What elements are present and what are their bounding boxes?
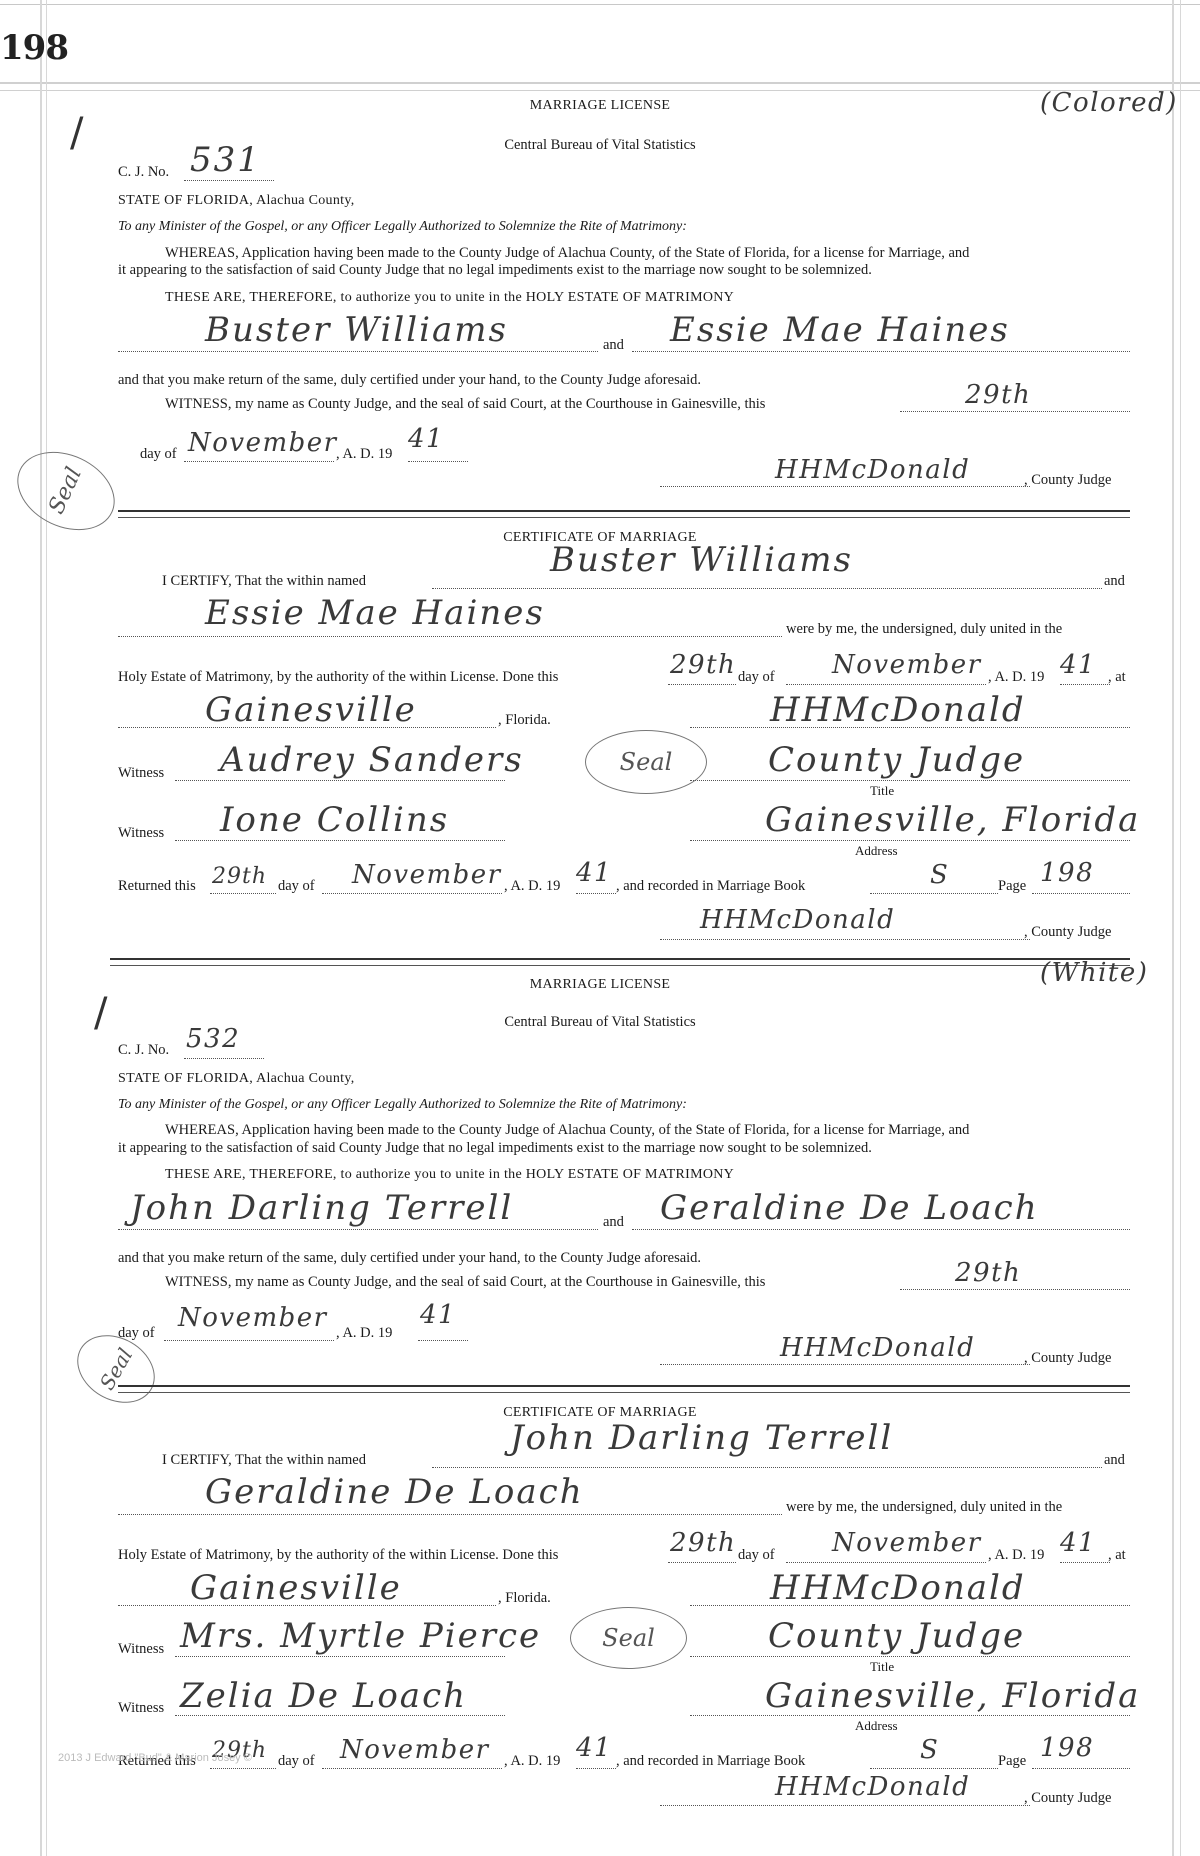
cert-year-line	[1060, 1562, 1110, 1563]
witness-1-label: Witness	[118, 1641, 164, 1658]
returned-month-line	[322, 1768, 502, 1769]
section-divider	[118, 1385, 1130, 1393]
page-line	[1032, 1768, 1130, 1769]
cj-number: 532	[186, 1024, 240, 1054]
witness-2-name: Zelia De Loach	[180, 1676, 467, 1716]
bride-line	[632, 1229, 1130, 1230]
returned-day-of: day of	[278, 1753, 315, 1770]
bureau-line: Central Bureau of Vital Statistics	[0, 137, 1200, 154]
returned-day: 29th	[212, 864, 267, 889]
returned-year-line	[576, 893, 616, 894]
cert-judge-title: , County Judge	[1024, 1790, 1111, 1807]
margin-rule-right	[1172, 0, 1174, 1856]
book-value: S	[920, 1735, 939, 1765]
cert-day-line	[668, 1562, 736, 1563]
cert-at-label: , at	[1108, 1547, 1126, 1564]
recorded-label: , and recorded in Marriage Book	[616, 878, 805, 895]
officiant-signature: HHMcDonald	[770, 1568, 1026, 1608]
judge-signature-line	[660, 1364, 1030, 1365]
cert-year: 41	[1060, 1528, 1096, 1558]
cj-number: 531	[190, 140, 261, 180]
license-year: 41	[408, 424, 444, 454]
returned-ad: , A. D. 19	[504, 1753, 560, 1770]
cert-judge-signature: HHMcDonald	[700, 905, 895, 935]
therefore-line: THESE ARE, THEREFORE, to authorize you t…	[165, 1167, 734, 1183]
title-label: Title	[870, 783, 894, 799]
judge-signature: HHMcDonald	[780, 1333, 975, 1363]
page-label: Page	[998, 1753, 1026, 1770]
returned-month-line	[322, 893, 502, 894]
address-value: Gainesville, Florida	[765, 800, 1140, 840]
cj-line	[184, 180, 274, 181]
judge-signature: HHMcDonald	[775, 455, 970, 485]
address-line: To any Minister of the Gospel, or any Of…	[118, 1097, 687, 1113]
bride-name: Geraldine De Loach	[660, 1188, 1039, 1228]
copyright-watermark: 2013 J Edward "Bud" & Marion Josey ©	[58, 1752, 252, 1764]
cert-place: Gainesville	[205, 690, 417, 730]
and-label: and	[603, 1214, 624, 1231]
united-label: were by me, the undersigned, duly united…	[786, 621, 1062, 638]
witness-2-name: Ione Collins	[220, 800, 449, 840]
cert-judge-line	[660, 939, 1030, 940]
cert-bride-name: Geraldine De Loach	[205, 1472, 584, 1512]
united-label: were by me, the undersigned, duly united…	[786, 1499, 1062, 1516]
florida-label: , Florida.	[498, 1590, 551, 1607]
page-value: 198	[1040, 858, 1094, 888]
certificate-seal: Seal	[585, 730, 707, 794]
address-value: Gainesville, Florida	[765, 1676, 1140, 1716]
return-line: and that you make return of the same, du…	[118, 1250, 701, 1267]
state-line: STATE OF FLORIDA, Alachua County,	[118, 193, 355, 209]
cert-groom-name: Buster Williams	[550, 540, 853, 580]
license-title: MARRIAGE LICENSE	[0, 977, 1200, 993]
returned-year-line	[576, 1768, 616, 1769]
cert-month: November	[832, 1528, 982, 1558]
whereas-line-2: it appearing to the satisfaction of said…	[118, 1140, 872, 1157]
ledger-page: 198 / MARRIAGE LICENSE (Colored) Central…	[0, 0, 1200, 1856]
cert-bride-line	[118, 1514, 782, 1515]
returned-ad: , A. D. 19	[504, 878, 560, 895]
cj-label: C. J. No.	[118, 1042, 169, 1059]
license-day: 29th	[965, 380, 1031, 410]
address-label: Address	[855, 843, 898, 859]
judge-title: , County Judge	[1024, 1350, 1111, 1367]
cert-month: November	[832, 650, 982, 680]
cert-day: 29th	[670, 650, 736, 680]
license-month: November	[178, 1303, 328, 1333]
returned-year: 41	[576, 858, 612, 888]
groom-line	[118, 351, 598, 352]
cert-groom-line	[432, 588, 1102, 589]
groom-line	[118, 1229, 598, 1230]
book-value: S	[930, 860, 949, 890]
day-line	[900, 411, 1130, 412]
race-note: (White)	[1040, 958, 1148, 988]
therefore-line: THESE ARE, THEREFORE, to authorize you t…	[165, 290, 734, 306]
returned-month: November	[352, 860, 502, 890]
returned-year: 41	[576, 1733, 612, 1763]
cert-and-label: and	[1104, 573, 1125, 590]
day-line	[900, 1289, 1130, 1290]
bride-line	[632, 351, 1130, 352]
day-of-label: day of	[140, 446, 177, 463]
cert-place: Gainesville	[190, 1568, 402, 1608]
state-line: STATE OF FLORIDA, Alachua County,	[118, 1071, 355, 1087]
margin-rule-left-2	[46, 0, 47, 1856]
ad-label: , A. D. 19	[336, 1325, 392, 1342]
holy-label: Holy Estate of Matrimony, by the authori…	[118, 669, 558, 686]
bureau-line: Central Bureau of Vital Statistics	[0, 1014, 1200, 1031]
witness-2-label: Witness	[118, 1700, 164, 1717]
officiant-signature: HHMcDonald	[770, 690, 1026, 730]
license-title: MARRIAGE LICENSE	[0, 98, 1200, 114]
license-year: 41	[420, 1300, 456, 1330]
certify-label: I CERTIFY, That the within named	[162, 573, 366, 590]
cert-year-line	[1060, 684, 1110, 685]
witness-1-name: Audrey Sanders	[220, 740, 524, 780]
certify-label: I CERTIFY, That the within named	[162, 1452, 366, 1469]
bride-name: Essie Mae Haines	[670, 310, 1010, 350]
record-divider	[110, 958, 1130, 966]
month-line	[164, 1340, 334, 1341]
page-number: 198	[0, 28, 68, 68]
cert-bride-line	[118, 636, 782, 637]
certificate-seal: Seal	[570, 1607, 687, 1669]
license-month: November	[188, 428, 338, 458]
cert-day: 29th	[670, 1528, 736, 1558]
book-line	[870, 1768, 998, 1769]
cert-groom-name: John Darling Terrell	[510, 1418, 893, 1458]
recorded-label: , and recorded in Marriage Book	[616, 1753, 805, 1770]
witness-1-line	[175, 1656, 505, 1657]
license-day: 29th	[955, 1258, 1021, 1288]
cj-line	[184, 1058, 264, 1059]
whereas-line-1: WHEREAS, Application having been made to…	[165, 245, 969, 262]
returned-month: November	[340, 1735, 490, 1765]
address-line	[690, 840, 1130, 841]
cert-month-line	[786, 1562, 986, 1563]
cert-judge-signature: HHMcDonald	[775, 1772, 970, 1802]
judge-title: , County Judge	[1024, 472, 1111, 489]
cert-and-label: and	[1104, 1452, 1125, 1469]
race-note: (Colored)	[1040, 88, 1178, 118]
month-line	[184, 461, 334, 462]
cert-at-label: , at	[1108, 669, 1126, 686]
groom-name: John Darling Terrell	[130, 1188, 513, 1228]
witness-1-name: Mrs. Myrtle Pierce	[180, 1616, 541, 1656]
title-line	[690, 780, 1130, 781]
address-line: To any Minister of the Gospel, or any Of…	[118, 219, 687, 235]
cert-groom-line	[432, 1467, 1102, 1468]
cert-ad-label: , A. D. 19	[988, 669, 1044, 686]
cert-month-line	[786, 684, 986, 685]
title-value: County Judge	[768, 740, 1025, 780]
title-line	[690, 1656, 1130, 1657]
cert-day-of-label: day of	[738, 669, 775, 686]
cert-ad-label: , A. D. 19	[988, 1547, 1044, 1564]
title-label: Title	[870, 1659, 894, 1675]
whereas-line-2: it appearing to the satisfaction of said…	[118, 262, 872, 279]
florida-label: , Florida.	[498, 712, 551, 729]
witness-line: WITNESS, my name as County Judge, and th…	[165, 396, 765, 413]
ad-label: , A. D. 19	[336, 446, 392, 463]
page-edge	[0, 4, 1200, 8]
judge-signature-line	[660, 486, 1030, 487]
cert-day-of-label: day of	[738, 1547, 775, 1564]
cert-judge-line	[660, 1805, 1030, 1806]
return-line: and that you make return of the same, du…	[118, 372, 701, 389]
witness-2-label: Witness	[118, 825, 164, 842]
page-label: Page	[998, 878, 1026, 895]
header-rule-2	[0, 90, 1200, 91]
section-divider	[118, 510, 1130, 518]
returned-label: Returned this	[118, 878, 196, 895]
header-rule	[0, 82, 1200, 84]
and-label: and	[603, 337, 624, 354]
margin-rule-left	[40, 0, 42, 1856]
cert-year: 41	[1060, 650, 1096, 680]
seal-mark: Seal	[5, 437, 128, 545]
margin-rule-right-2	[1180, 0, 1181, 1856]
holy-label: Holy Estate of Matrimony, by the authori…	[118, 1547, 558, 1564]
page-line	[1032, 893, 1130, 894]
witness-1-line	[175, 780, 505, 781]
cert-day-line	[668, 684, 736, 685]
year-line	[408, 461, 468, 462]
witness-2-line	[175, 840, 505, 841]
cj-label: C. J. No.	[118, 164, 169, 181]
book-line	[870, 893, 998, 894]
page-value: 198	[1040, 1733, 1094, 1763]
groom-name: Buster Williams	[205, 310, 508, 350]
witness-1-label: Witness	[118, 765, 164, 782]
whereas-line-1: WHEREAS, Application having been made to…	[165, 1122, 969, 1139]
returned-day-line	[210, 893, 276, 894]
address-label: Address	[855, 1718, 898, 1734]
returned-day-of: day of	[278, 878, 315, 895]
witness-line: WITNESS, my name as County Judge, and th…	[165, 1274, 765, 1291]
cert-bride-name: Essie Mae Haines	[205, 593, 545, 633]
returned-day-line	[210, 1768, 276, 1769]
year-line	[418, 1340, 468, 1341]
cert-judge-title: , County Judge	[1024, 924, 1111, 941]
title-value: County Judge	[768, 1616, 1025, 1656]
